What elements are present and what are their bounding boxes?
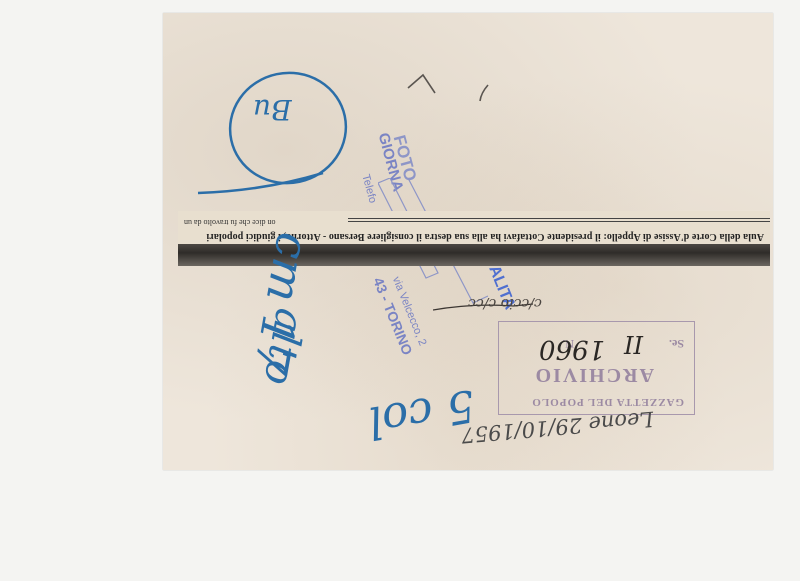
archive-stamp-section-label: Se. bbox=[669, 336, 684, 351]
archive-year: 1960 bbox=[539, 334, 605, 364]
clipping-fragment: on dice che fu travolto da un bbox=[184, 218, 276, 227]
photo-back-paper: Bu FOTO GIORNA Telefo via Velcecco, 2 43… bbox=[163, 13, 773, 470]
circled-code: Bu bbox=[253, 93, 292, 126]
pencil-mark bbox=[403, 63, 503, 103]
archive-stamp-publisher: GAZZETTA DEL POPOLO bbox=[531, 396, 684, 408]
archive-stamp-title: ARCHIVIO bbox=[534, 363, 654, 386]
pencil-note: c/ccio c/cc bbox=[468, 295, 542, 311]
archive-section: II bbox=[624, 330, 643, 358]
circled-code-mark bbox=[193, 53, 353, 203]
photographer-stamp-telefo: Telefo bbox=[359, 173, 378, 204]
archive-stamp: GAZZETTA DEL POPOLO ARCHIVIO Se. N. 1960… bbox=[498, 321, 695, 415]
clipping-rule bbox=[348, 218, 770, 222]
